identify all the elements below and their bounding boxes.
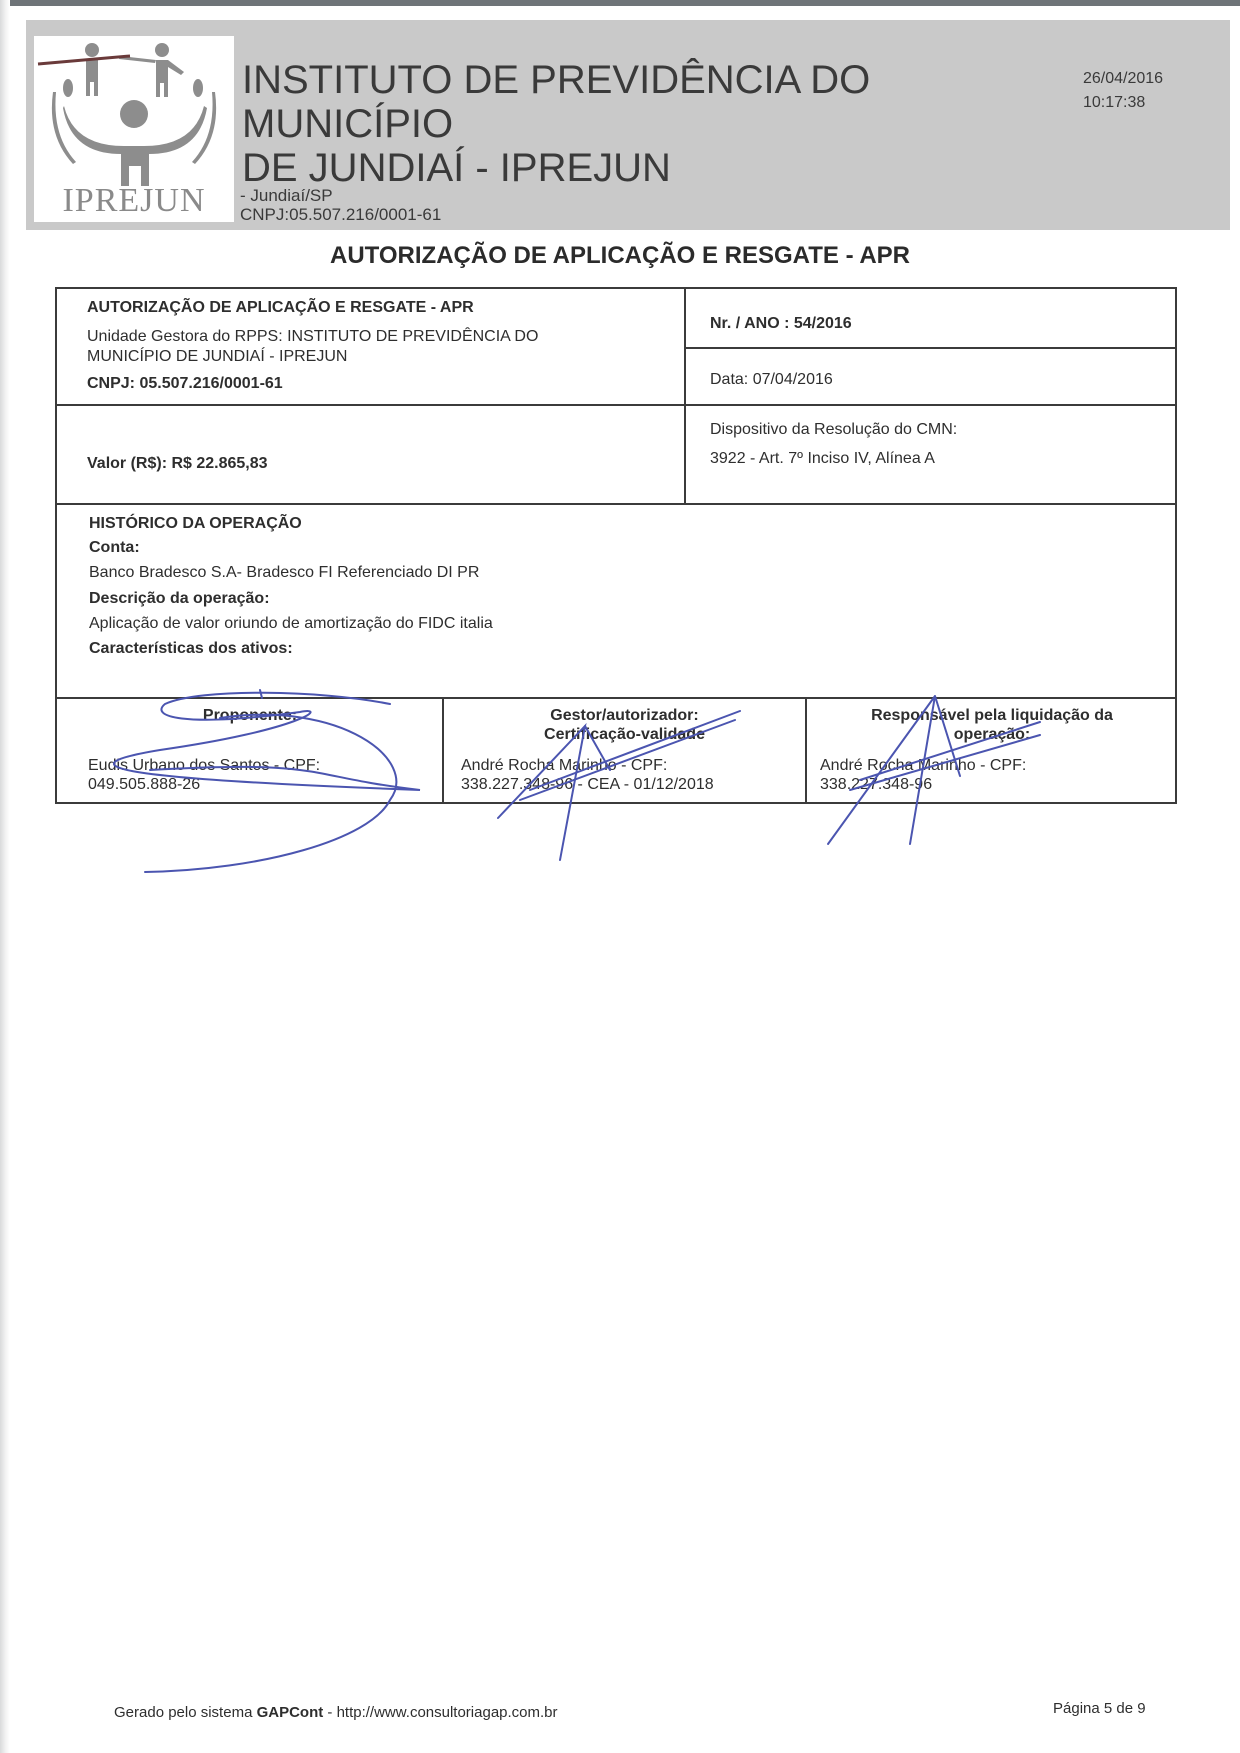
logo-text: IPREJUN <box>34 182 234 220</box>
valor-value: R$ 22.865,83 <box>171 455 267 472</box>
caracteristicas-label: Características dos ativos: <box>89 639 293 658</box>
footer-url: - http://www.consultoriagap.com.br <box>323 1704 557 1721</box>
signature-proponente-name: Eudis Urbano dos Santos - CPF: 049.505.8… <box>88 756 320 794</box>
print-date: 26/04/2016 <box>1083 67 1163 91</box>
footer-generated-by: Gerado pelo sistema GAPCont - http://www… <box>114 1704 558 1721</box>
unidade-gestora-line1: Unidade Gestora do RPPS: INSTITUTO DE PR… <box>87 327 538 346</box>
gestor-heading-line2: Certificação-validade <box>444 725 805 744</box>
document-title: AUTORIZAÇÃO DE APLICAÇÃO E RESGATE - APR <box>0 242 1240 270</box>
divider-row-2 <box>55 503 1177 505</box>
valor-label: Valor (R$): <box>87 455 167 472</box>
gestor-heading-line1: Gestor/autorizador: <box>444 706 805 725</box>
signature-gestor-name: André Rocha Marinho - CPF: 338.227.348-9… <box>461 756 714 794</box>
dispositivo-label: Dispositivo da Resolução do CMN: <box>710 420 957 439</box>
scan-edge-top <box>0 0 1240 6</box>
responsavel-heading-line1: Responsável pela liquidação da <box>807 706 1177 725</box>
institution-city: - Jundiaí/SP <box>240 186 441 205</box>
signature-gestor-heading: Gestor/autorizador: Certificação-validad… <box>444 706 805 744</box>
gestor-cpf: 338.227.348-96 - CEA - 01/12/2018 <box>461 775 714 794</box>
footer-prefix: Gerado pelo sistema <box>114 1704 257 1721</box>
box-cnpj: CNPJ: 05.507.216/0001-61 <box>87 374 283 393</box>
proponente-name: Eudis Urbano dos Santos - CPF: <box>88 756 320 775</box>
page-number: Página 5 de 9 <box>1053 1700 1146 1717</box>
responsavel-heading-line2: operação: <box>807 725 1177 744</box>
data-field: Data: 07/04/2016 <box>710 370 833 389</box>
responsavel-cpf: 338.227.348-96 <box>820 775 1026 794</box>
box-title: AUTORIZAÇÃO DE APLICAÇÃO E RESGATE - APR <box>87 298 474 317</box>
valor-field: Valor (R$): R$ 22.865,83 <box>87 454 268 473</box>
institution-address: - Jundiaí/SP CNPJ:05.507.216/0001-61 <box>240 186 441 224</box>
institution-logo: IPREJUN <box>34 36 234 222</box>
print-time: 10:17:38 <box>1083 91 1163 115</box>
footer-system-name: GAPCont <box>257 1704 324 1721</box>
conta-label: Conta: <box>89 538 140 557</box>
gestor-name: André Rocha Marinho - CPF: <box>461 756 714 775</box>
divider-row-1 <box>55 404 1177 406</box>
print-timestamp: 26/04/2016 10:17:38 <box>1083 67 1163 115</box>
conta-value: Banco Bradesco S.A- Bradesco FI Referenc… <box>89 563 479 582</box>
responsavel-name: André Rocha Marinho - CPF: <box>820 756 1026 775</box>
proponente-cpf: 049.505.888-26 <box>88 775 320 794</box>
divider-right-1 <box>684 347 1177 349</box>
descricao-value: Aplicação de valor oriundo de amortizaçã… <box>89 614 493 633</box>
institution-name-line1: INSTITUTO DE PREVIDÊNCIA DO MUNICÍPIO <box>242 58 1062 146</box>
dispositivo-value: 3922 - Art. 7º Inciso IV, Alínea A <box>710 449 935 468</box>
signature-proponente-heading: Proponente: <box>170 706 330 725</box>
institution-name-line2: DE JUNDIAÍ - IPREJUN <box>242 146 1062 190</box>
unidade-gestora-line2: MUNICÍPIO DE JUNDIAÍ - IPREJUN <box>87 347 347 366</box>
nr-ano: Nr. / ANO : 54/2016 <box>710 314 852 333</box>
institution-name: INSTITUTO DE PREVIDÊNCIA DO MUNICÍPIO DE… <box>242 58 1062 190</box>
divider-row-3 <box>55 697 1177 699</box>
institution-cnpj: CNPJ:05.507.216/0001-61 <box>240 205 441 224</box>
people-circle-logo-icon <box>34 36 234 186</box>
descricao-label: Descrição da operação: <box>89 589 270 608</box>
signature-responsavel-name: André Rocha Marinho - CPF: 338.227.348-9… <box>820 756 1026 794</box>
divider-vertical-top <box>684 287 686 505</box>
proponente-heading-line1: Proponente: <box>170 706 330 725</box>
historico-title: HISTÓRICO DA OPERAÇÃO <box>89 514 302 533</box>
signature-responsavel-heading: Responsável pela liquidação da operação: <box>807 706 1177 744</box>
